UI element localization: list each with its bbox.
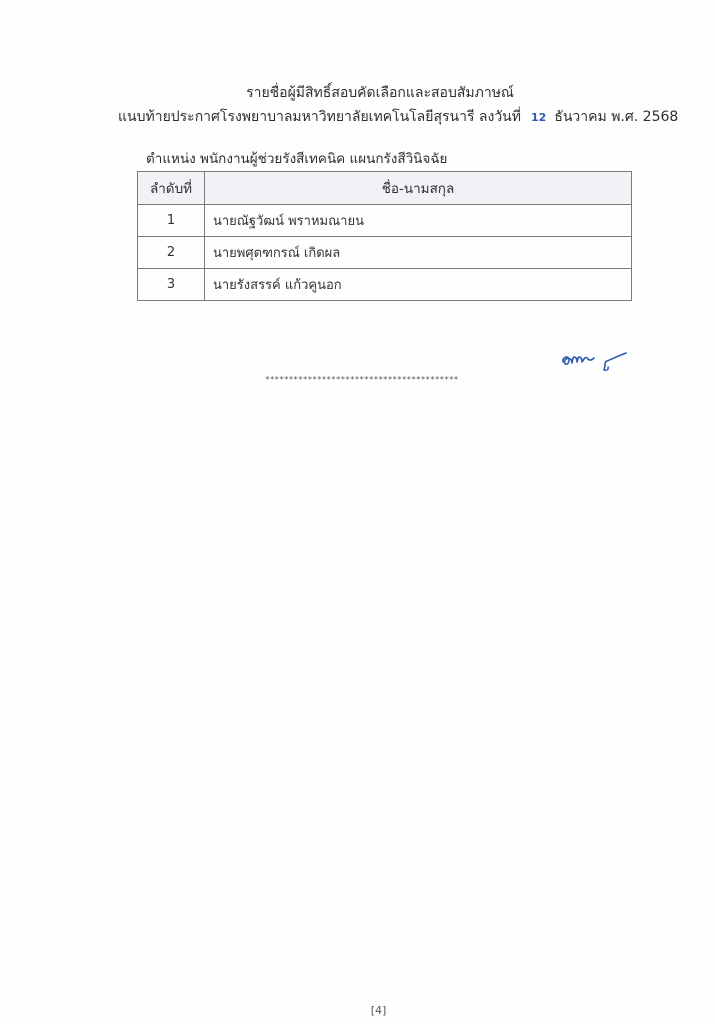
row-number: 3 [138, 269, 205, 301]
handwritten-signature-icon [560, 348, 640, 378]
column-header-name: ชื่อ-นามสกุล [205, 172, 632, 205]
document-title: รายชื่อผู้มีสิทธิ์สอบคัดเลือกและสอบสัมภา… [0, 82, 715, 104]
row-number: 1 [138, 205, 205, 237]
table-row: 2 นายพศุตฑกรณ์ เกิดผล [138, 237, 632, 269]
announcement-month-year: ธันวาคม พ.ศ. 2568 [554, 109, 678, 125]
section-divider: ****************************************… [265, 375, 458, 384]
page-number: [4] [0, 1004, 715, 1017]
announcement-day: 12 [531, 111, 546, 124]
column-header-number: ลำดับที่ [138, 172, 205, 205]
table-header-row: ลำดับที่ ชื่อ-นามสกุล [138, 172, 632, 205]
candidate-name: นายรังสรรค์ แก้วคูนอก [205, 269, 632, 301]
table-row: 3 นายรังสรรค์ แก้วคูนอก [138, 269, 632, 301]
document-subtitle: แนบท้ายประกาศโรงพยาบาลมหาวิทยาลัยเทคโนโล… [118, 106, 678, 128]
row-number: 2 [138, 237, 205, 269]
candidate-table: ลำดับที่ ชื่อ-นามสกุล 1 นายณัฐวัฒน์ พราห… [137, 171, 632, 301]
table-row: 1 นายณัฐวัฒน์ พราหมณายน [138, 205, 632, 237]
candidate-name: นายพศุตฑกรณ์ เกิดผล [205, 237, 632, 269]
candidate-name: นายณัฐวัฒน์ พราหมณายน [205, 205, 632, 237]
position-heading: ตำแหน่ง พนักงานผู้ช่วยรังสีเทคนิค แผนกรั… [146, 147, 447, 169]
document-page: รายชื่อผู้มีสิทธิ์สอบคัดเลือกและสอบสัมภา… [0, 0, 715, 1024]
announcement-reference: แนบท้ายประกาศโรงพยาบาลมหาวิทยาลัยเทคโนโล… [118, 109, 521, 125]
